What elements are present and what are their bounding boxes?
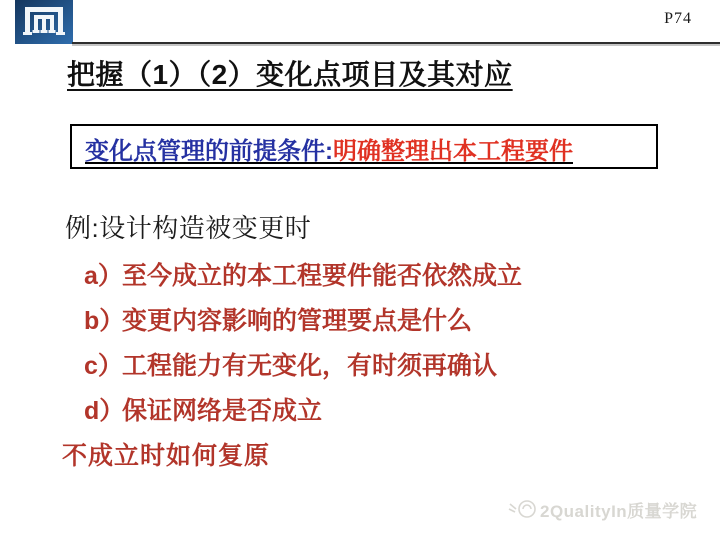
company-logo-icon <box>15 0 73 44</box>
watermark-text: 2QualityIn质量学院 <box>540 497 697 522</box>
watermark-logo-icon <box>508 497 538 521</box>
list-item-text: 保证网络是否成立 <box>122 397 322 425</box>
list-item: d） 保证网络是否成立 <box>84 397 522 425</box>
list-item-label: b） <box>84 307 122 335</box>
list-item-text: 变更内容影响的管理要点是什么 <box>122 307 472 335</box>
slide: P74 把握（1）（2）变化点项目及其对应 变化点管理的前提条件:明确整理出本工… <box>0 0 720 540</box>
premise-requirement-text: 明确整理出本工程要件 <box>333 138 573 165</box>
watermark: 2QualityIn质量学院 <box>508 496 697 522</box>
list-item-label: a） <box>84 262 122 290</box>
example-line: 例:设计构造被变更时 <box>65 208 311 245</box>
conclusion-line: 不成立时如何复原 <box>62 436 270 472</box>
list-item: b） 变更内容影响的管理要点是什么 <box>84 307 522 335</box>
list-item-label: d） <box>84 397 122 425</box>
premise-condition-label: 变化点管理的前提条件: <box>85 138 333 165</box>
checkpoint-list: a） 至今成立的本工程要件能否依然成立 b） 变更内容影响的管理要点是什么 c）… <box>84 262 522 442</box>
list-item-text: 至今成立的本工程要件能否依然成立 <box>122 262 522 290</box>
list-item-label: c） <box>84 352 122 380</box>
list-item-text: 工程能力有无变化，有时须再确认 <box>122 352 497 380</box>
list-item: c） 工程能力有无变化，有时须再确认 <box>84 352 522 380</box>
slide-title: 把握（1）（2）变化点项目及其对应 <box>67 53 513 93</box>
premise-text: 变化点管理的前提条件:明确整理出本工程要件 <box>85 131 573 166</box>
header-divider <box>72 42 720 44</box>
list-item: a） 至今成立的本工程要件能否依然成立 <box>84 262 522 290</box>
premise-box: 变化点管理的前提条件:明确整理出本工程要件 <box>70 124 658 169</box>
page-number: P74 <box>664 10 692 28</box>
